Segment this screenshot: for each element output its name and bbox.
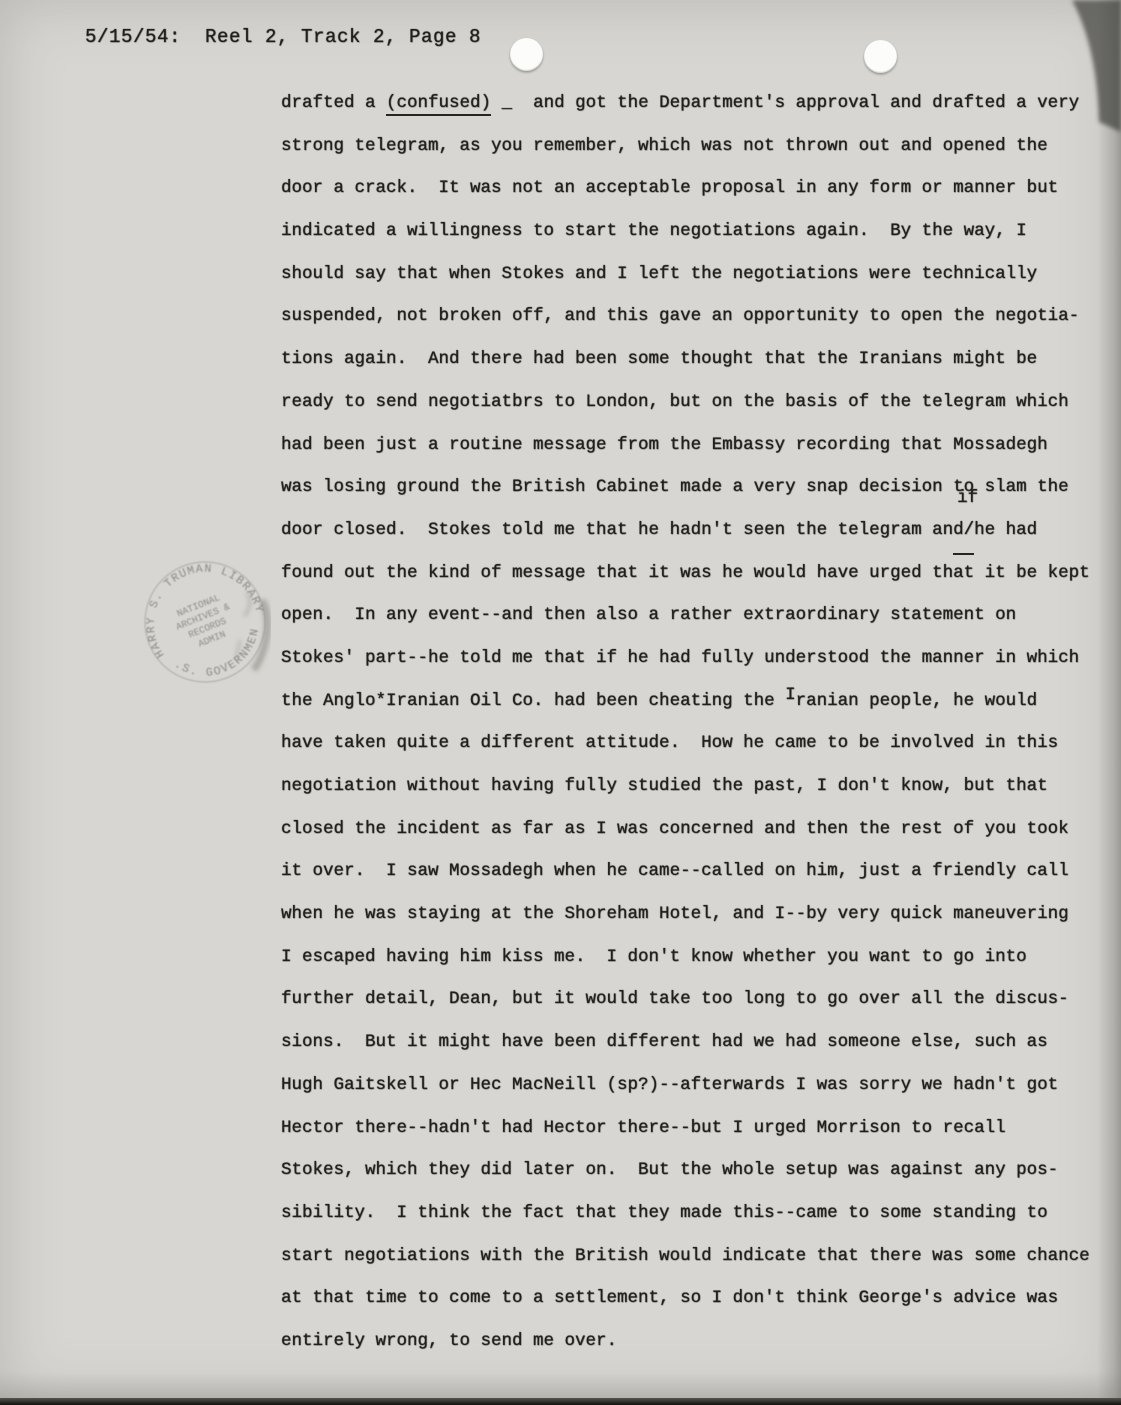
text-line: strong telegram, as you remember, which …	[281, 125, 1121, 168]
scan-bottom-edge	[0, 1398, 1121, 1405]
text-segment: should say that when Stokes and I left t…	[281, 264, 1037, 284]
scanned-document-page: 5/15/54: Reel 2, Track 2, Page 8 drafted…	[0, 0, 1121, 1405]
text-segment: he had	[974, 520, 1037, 540]
text-segment: negotiation without having fully studied…	[281, 776, 1048, 796]
paper-bottom-fade	[0, 1372, 1121, 1398]
text-segment: the Anglo*Iranian Oil Co. had been cheat…	[281, 691, 785, 711]
text-segment: further detail, Dean, but it would take …	[281, 989, 1069, 1009]
text-segment: indicated a willingness to start the neg…	[281, 221, 1027, 241]
text-line: ready to send negotiatbrs to London, but…	[281, 381, 1121, 424]
stamp-arc-top-text: HARRY S. TRUMAN LIBRARY	[125, 543, 267, 660]
text-line: Stokes, which they did later on. But the…	[281, 1149, 1121, 1192]
text-line: was losing ground the British Cabinet ma…	[281, 466, 1121, 509]
text-line: Hector there--hadn't had Hector there--b…	[281, 1107, 1121, 1150]
text-segment: Hugh Gaitskell or Hec MacNeill (sp?)--af…	[281, 1075, 1058, 1095]
text-line: entirely wrong, to send me over.	[281, 1320, 1121, 1363]
text-line: sibility. I think the fact that they mad…	[281, 1192, 1121, 1235]
svg-text:RECORDS: RECORDS	[187, 615, 228, 640]
text-segment: have taken quite a different attitude. H…	[281, 733, 1058, 753]
text-line: door a crack. It was not an acceptable p…	[281, 167, 1121, 210]
text-line: Hugh Gaitskell or Hec MacNeill (sp?)--af…	[281, 1064, 1121, 1107]
text-segment: Hector there--hadn't had Hector there--b…	[281, 1118, 1006, 1138]
text-segment: sions. But it might have been different …	[281, 1032, 1048, 1052]
text-segment: _ and got the Department's approval and …	[491, 93, 1079, 113]
svg-text:ARCHIVES &: ARCHIVES &	[174, 601, 231, 633]
text-line: have taken quite a different attitude. H…	[281, 722, 1121, 765]
svg-text:NATIONAL: NATIONAL	[175, 592, 222, 619]
text-segment: ready to send negotiatbrs to London, but…	[281, 392, 1069, 412]
stamp-arc-bottom-text: U.S. GOVERNMENT	[156, 594, 273, 695]
svg-text:ADMIN: ADMIN	[197, 629, 228, 650]
text-segment: Stokes, which they did later on. But the…	[281, 1160, 1058, 1180]
text-line: tions again. And there had been some tho…	[281, 338, 1121, 381]
text-segment: suspended, not broken off, and this gave…	[281, 306, 1079, 326]
text-segment: found out the kind of message that it wa…	[281, 563, 1090, 583]
text-segment: Stokes' part--he told me that if he had …	[281, 648, 1079, 668]
paper-right-edge-shadow	[1097, 0, 1121, 1405]
text-segment: I	[785, 674, 796, 717]
text-line: closed the incident as far as I was conc…	[281, 808, 1121, 851]
text-segment: door a crack. It was not an acceptable p…	[281, 178, 1058, 198]
text-segment: start negotiations with the British woul…	[281, 1246, 1090, 1266]
text-line: I escaped having him kiss me. I don't kn…	[281, 936, 1121, 979]
text-segment: strong telegram, as you remember, which …	[281, 136, 1048, 156]
text-segment: tions again. And there had been some tho…	[281, 349, 1037, 369]
text-line: indicated a willingness to start the neg…	[281, 210, 1121, 253]
stamp-outer-ring	[126, 543, 284, 701]
text-line: start negotiations with the British woul…	[281, 1235, 1121, 1278]
stamp-center-text: NATIONAL ARCHIVES & RECORDS ADMIN	[170, 590, 241, 655]
page-header: 5/15/54: Reel 2, Track 2, Page 8	[85, 26, 481, 48]
inserted-word-above: if	[957, 488, 978, 508]
text-segment: at that time to come to a settlement, so…	[281, 1288, 1058, 1308]
punch-hole-left	[510, 38, 543, 71]
text-line: the Anglo*Iranian Oil Co. had been cheat…	[281, 680, 1121, 723]
text-segment: had been just a routine message from the…	[281, 435, 1048, 455]
text-line: negotiation without having fully studied…	[281, 765, 1121, 808]
text-line: drafted a (confused) _ and got the Depar…	[281, 82, 1121, 125]
text-line: Stokes' part--he told me that if he had …	[281, 637, 1121, 680]
text-line: further detail, Dean, but it would take …	[281, 978, 1121, 1021]
text-segment: door closed. Stokes told me that he hadn…	[281, 520, 953, 540]
text-segment: sibility. I think the fact that they mad…	[281, 1203, 1048, 1223]
text-line: suspended, not broken off, and this gave…	[281, 295, 1121, 338]
text-line: sions. But it might have been different …	[281, 1021, 1121, 1064]
text-segment: entirely wrong, to send me over.	[281, 1331, 617, 1351]
text-segment: ranian people, he would	[796, 691, 1038, 711]
text-line: door closed. Stokes told me that he hadn…	[281, 509, 1121, 552]
underlined-text: d/if	[953, 509, 974, 555]
text-segment: drafted a	[281, 93, 386, 113]
text-line: found out the kind of message that it wa…	[281, 552, 1121, 595]
text-segment: open. In any event--and then also a rath…	[281, 605, 1016, 625]
text-line: it over. I saw Mossadegh when he came--c…	[281, 850, 1121, 893]
text-segment: it over. I saw Mossadegh when he came--c…	[281, 861, 1069, 881]
text-line: should say that when Stokes and I left t…	[281, 253, 1121, 296]
text-line: open. In any event--and then also a rath…	[281, 594, 1121, 637]
text-segment: I escaped having him kiss me. I don't kn…	[281, 947, 1027, 967]
text-segment: closed the incident as far as I was conc…	[281, 819, 1069, 839]
underlined-text: (confused)	[386, 93, 491, 116]
pencil-smudge	[236, 592, 268, 670]
punch-hole-right	[864, 40, 897, 73]
text-segment: when he was staying at the Shoreham Hote…	[281, 904, 1069, 924]
text-line: had been just a routine message from the…	[281, 424, 1121, 467]
truman-library-stamp: HARRY S. TRUMAN LIBRARY U.S. GOVERNMENT …	[125, 542, 285, 701]
text-segment: was losing ground the British Cabinet ma…	[281, 477, 1069, 497]
text-line: at that time to come to a settlement, so…	[281, 1277, 1121, 1320]
document-body: drafted a (confused) _ and got the Depar…	[281, 82, 1121, 1363]
text-line: when he was staying at the Shoreham Hote…	[281, 893, 1121, 936]
